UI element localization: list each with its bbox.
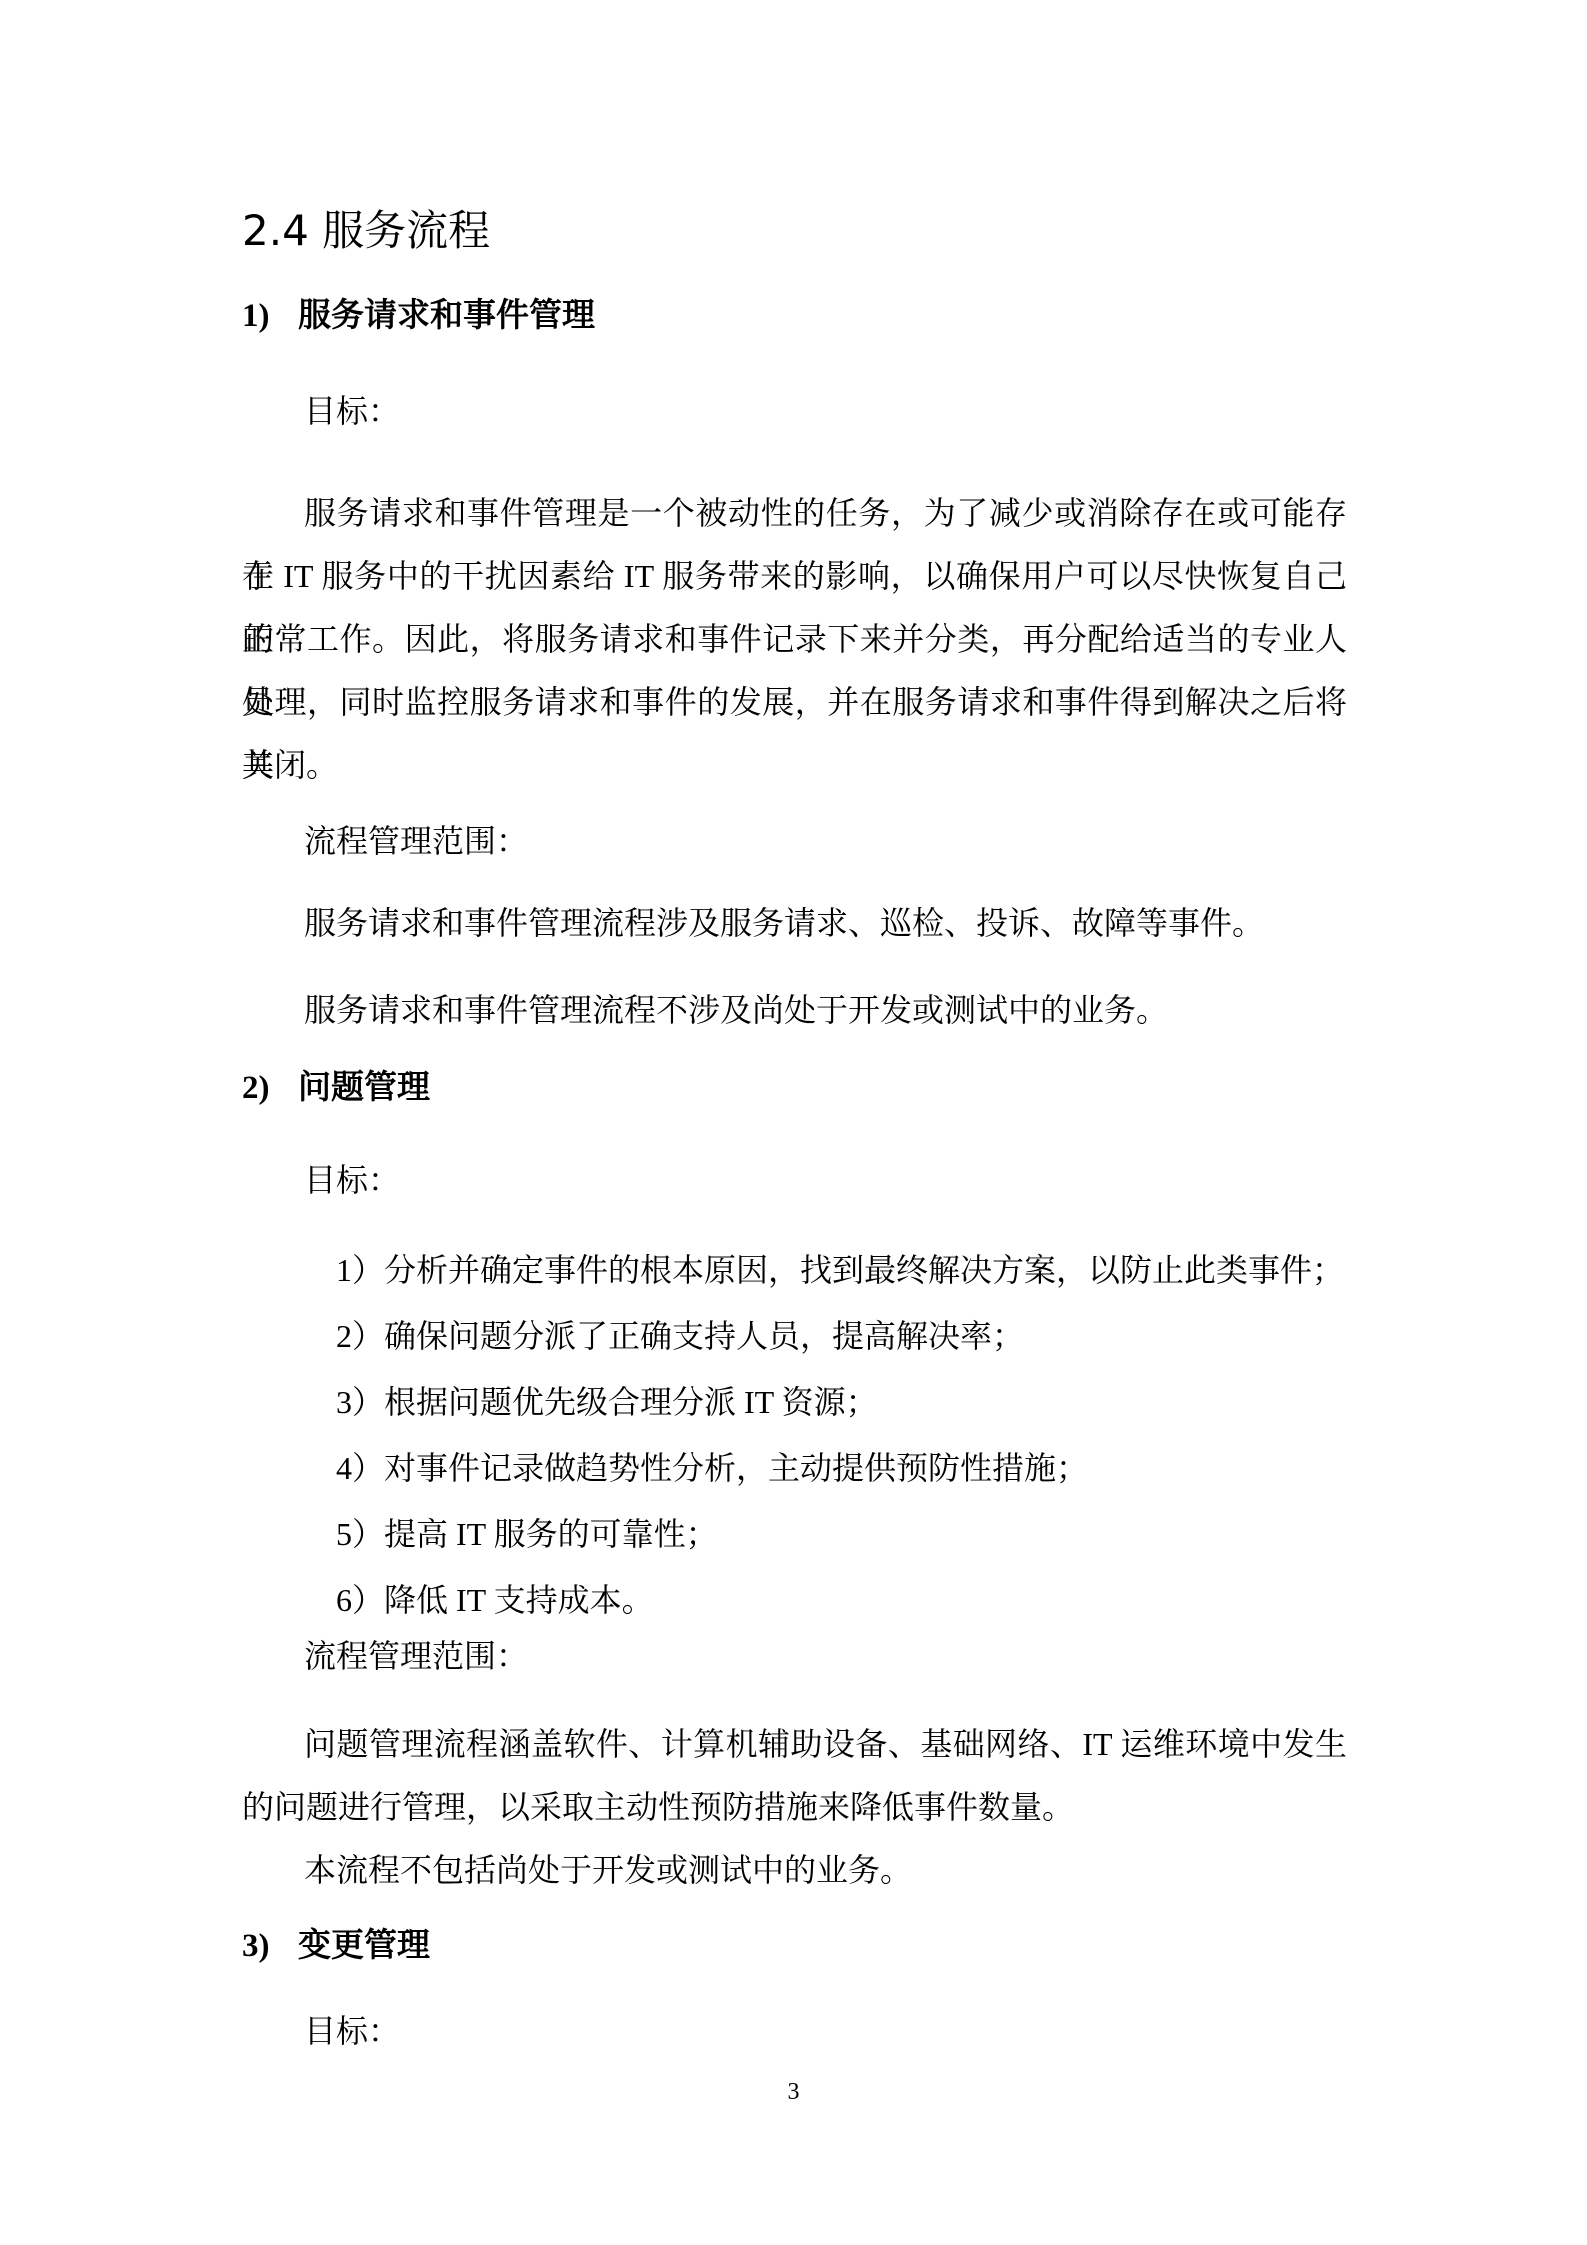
paragraph-line: 于 IT 服务中的干扰因素给 IT 服务带来的影响，以确保用户可以尽快恢复自己的 [242,545,1347,608]
paragraph-line: 关闭。 [242,734,1347,797]
paragraph-goal-1: 服务请求和事件管理是一个被动性的任务，为了减少或消除存在或可能存在 于 IT 服… [242,482,1347,797]
scope-note-2: 本流程不包括尚处于开发或测试中的业务。 [242,1854,1347,1886]
paragraph-line: 服务请求和事件管理是一个被动性的任务，为了减少或消除存在或可能存在 [242,482,1347,545]
paragraph-line: 正常工作。因此，将服务请求和事件记录下来并分类，再分配给适当的专业人员 [242,608,1347,671]
goal-list-2: 1）分析并确定事件的根本原因，找到最终解决方案，以防止此类事件； 2）确保问题分… [336,1237,1347,1633]
list-item-3-marker: 3) [242,1930,298,1963]
paragraph-line: 问题管理流程涵盖软件、计算机辅助设备、基础网络、IT 运维环境中发生 [242,1713,1347,1776]
list-item-3-title: 变更管理 [298,1928,430,1964]
list-item-1-title: 服务请求和事件管理 [298,298,595,334]
list-item-2-marker: 2) [242,1072,298,1105]
scope-paragraph-2: 问题管理流程涵盖软件、计算机辅助设备、基础网络、IT 运维环境中发生 的问题进行… [242,1713,1347,1839]
goal-list-item: 2）确保问题分派了正确支持人员，提高解决率； [336,1303,1347,1369]
goal-list-item: 5）提高 IT 服务的可靠性； [336,1501,1347,1567]
list-item-1-marker: 1) [242,300,298,333]
paragraph-line: 处理，同时监控服务请求和事件的发展，并在服务请求和事件得到解决之后将其 [242,671,1347,734]
list-item-1-heading: 1)服务请求和事件管理 [242,300,1347,333]
scope-paragraph-1a: 服务请求和事件管理流程涉及服务请求、巡检、投诉、故障等事件。 [242,907,1347,939]
goal-list-item: 1）分析并确定事件的根本原因，找到最终解决方案，以防止此类事件； [336,1237,1347,1303]
paragraph-line: 的问题进行管理，以采取主动性预防措施来降低事件数量。 [242,1776,1347,1839]
scope-paragraph-1b: 服务请求和事件管理流程不涉及尚处于开发或测试中的业务。 [242,994,1347,1026]
section-heading: 2.4 服务流程 [242,210,1347,252]
goal-list-item: 3）根据问题优先级合理分派 IT 资源； [336,1369,1347,1435]
page-number: 3 [0,2080,1587,2104]
list-item-3-heading: 3)变更管理 [242,1930,1347,1963]
goal-label-2: 目标： [242,1164,1347,1196]
scope-label-1: 流程管理范围： [242,825,1347,857]
goal-list-item: 6）降低 IT 支持成本。 [336,1567,1347,1633]
goal-label-1: 目标： [242,395,1347,427]
goal-list-item: 4）对事件记录做趋势性分析，主动提供预防性措施； [336,1435,1347,1501]
document-page: 2.4 服务流程 1)服务请求和事件管理 目标： 服务请求和事件管理是一个被动性… [0,0,1587,2245]
list-item-2-title: 问题管理 [298,1070,430,1106]
goal-label-3: 目标： [242,2015,1347,2047]
list-item-2-heading: 2)问题管理 [242,1072,1347,1105]
scope-label-2: 流程管理范围： [242,1640,1347,1672]
